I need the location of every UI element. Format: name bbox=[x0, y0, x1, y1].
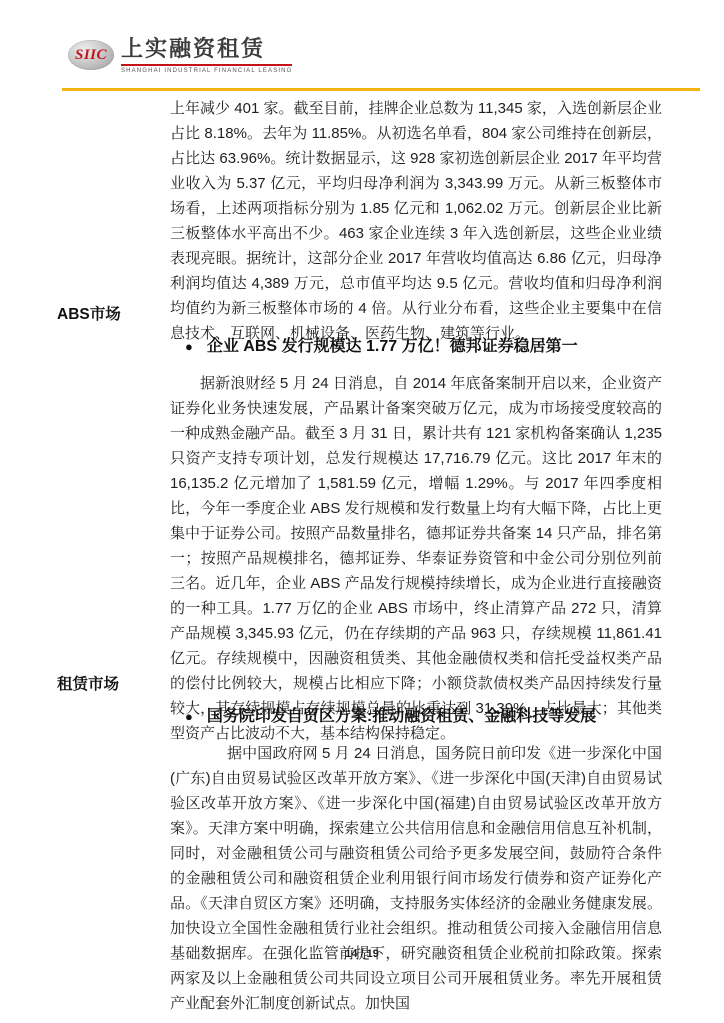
intro-paragraph: 上年减少 401 家。截至目前，挂牌企业总数为 11,345 家，入选创新层企业… bbox=[170, 96, 662, 346]
section-heading-abs-market: ABS市场 bbox=[57, 302, 121, 324]
abs-article-title-text: 企业 ABS 发行规模达 1.77 万亿！德邦证券稳居第一 bbox=[207, 336, 578, 358]
company-name-en: SHANGHAI INDUSTRIAL FINANCIAL LEASING bbox=[121, 68, 292, 74]
siic-emblem-icon: SIIC bbox=[68, 40, 114, 70]
section-heading-leasing-market: 租赁市场 bbox=[57, 672, 119, 694]
document-page: SIIC 上实融资租赁 SHANGHAI INDUSTRIAL FINANCIA… bbox=[0, 0, 724, 1023]
leasing-article-title-text: 国务院印发自贸区方案:推动融资租赁、金融科技等发展 bbox=[207, 706, 596, 728]
logo-text-block: 上实融资租赁 SHANGHAI INDUSTRIAL FINANCIAL LEA… bbox=[121, 36, 292, 74]
abs-article-title: ● 企业 ABS 发行规模达 1.77 万亿！德邦证券稳居第一 bbox=[185, 336, 677, 358]
bullet-icon: ● bbox=[185, 706, 193, 728]
bullet-icon: ● bbox=[185, 336, 193, 358]
abs-article-body: 据新浪财经 5 月 24 日消息，自 2014 年底备案制开启以来，企业资产证券… bbox=[170, 371, 662, 746]
company-logo: SIIC 上实融资租赁 SHANGHAI INDUSTRIAL FINANCIA… bbox=[68, 36, 292, 74]
leasing-article-body: 据中国政府网 5 月 24 日消息，国务院日前印发《进一步深化中国(广东)自由贸… bbox=[170, 741, 662, 1016]
company-name-cn: 上实融资租赁 bbox=[121, 36, 292, 66]
siic-emblem-text: SIIC bbox=[75, 47, 107, 64]
leasing-article-title: ● 国务院印发自贸区方案:推动融资租赁、金融科技等发展 bbox=[185, 706, 677, 728]
header-divider bbox=[62, 88, 700, 91]
page-number: 14 / 19 bbox=[0, 948, 724, 960]
